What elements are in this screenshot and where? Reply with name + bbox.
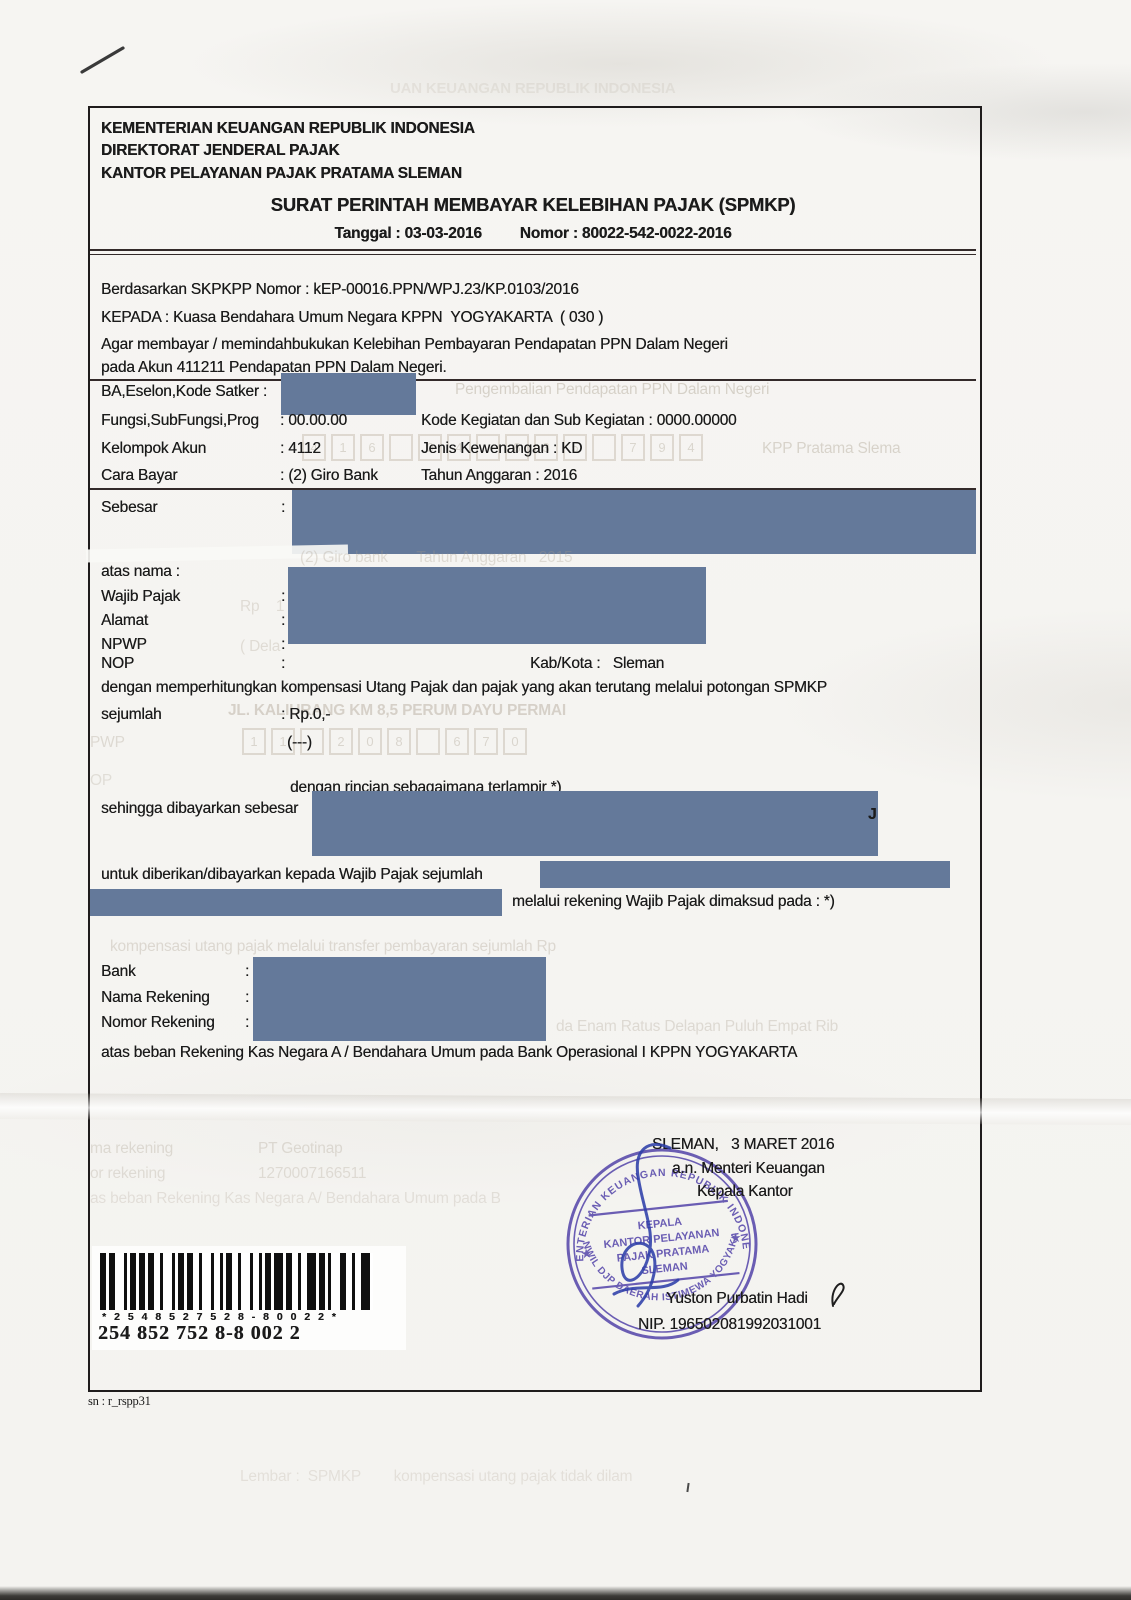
scan-edge-bottom <box>0 1586 1131 1600</box>
form-number: Nomor : 80022-542-0022-2016 <box>520 225 732 243</box>
ghost-nama-rek-val: PT Geotinap <box>258 1140 343 1158</box>
ghost-digit-cell <box>592 434 616 461</box>
sehingga-label: sehingga dibayarkan sebesar <box>101 800 298 818</box>
redaction-box-given-amount <box>540 861 950 888</box>
nama-rekening-label: Nama Rekening <box>101 989 210 1007</box>
ink-speck <box>686 1483 689 1492</box>
ghost-digit-cell <box>389 434 413 461</box>
redaction-box-bank <box>253 957 546 1041</box>
ghost-kompensasi: kompensasi utang pajak melalui transfer … <box>110 938 556 956</box>
redaction-box-paid-amount <box>312 791 878 856</box>
barcode-gap <box>115 1253 124 1310</box>
barcode-gap <box>331 1253 340 1310</box>
ghost-pwp: PWP <box>90 734 125 752</box>
scanned-document-page: UAN KEUANGAN REPUBLIK INDONESIA KEMENTER… <box>0 0 1131 1600</box>
codes-row3-label: Kelompok Akun <box>101 440 206 458</box>
sejumlah-value: : Rp.0,- <box>281 706 330 724</box>
ghost-lembar: Lembar : SPMKP kompensasi utang pajak ti… <box>240 1468 632 1486</box>
ghost-giro-2015: (2) Giro bank Tahun Anggaran 2015 <box>300 549 572 567</box>
alamat-label: Alamat <box>101 612 148 630</box>
barcode <box>100 1253 373 1310</box>
ghost-digit-cells-row2: 11208670 <box>242 728 527 755</box>
codes-row2-label: Fungsi,SubFungsi,Prog <box>101 412 259 430</box>
sebesar-label: Sebesar <box>101 499 157 517</box>
redaction-box-satker <box>281 373 416 415</box>
ghost-delapan: ( Dela <box>240 638 280 656</box>
codes-row4-value: : (2) Giro Bank <box>280 467 378 485</box>
kab-kota-value: Kab/Kota : Sleman <box>530 655 664 673</box>
codes-row4-right: Tahun Anggaran : 2016 <box>421 467 577 485</box>
codes-row2-value: : 00.00.00 <box>280 412 347 430</box>
memperhitungkan-line: dengan memperhitungkan kompensasi Utang … <box>101 679 827 697</box>
barcode-gap <box>241 1253 250 1310</box>
ghost-digit-cell: 6 <box>360 434 384 461</box>
ghost-kpp: KPP Pratama Slema <box>762 440 900 458</box>
ghost-nama-rek: ma rekening <box>90 1140 173 1158</box>
codes-row2-right: Kode Kegiatan dan Sub Kegiatan : 0000.00… <box>421 412 736 430</box>
ghost-digit-cell: 9 <box>650 434 674 461</box>
ghost-kaliurang: JL. KALIURANG KM 8,5 PERUM DAYU PERMAI <box>228 702 566 720</box>
barcode-gap <box>163 1253 172 1310</box>
ghost-digit-cell: 8 <box>387 728 411 755</box>
ghost-nomor-rek-val: 1270007166511 <box>258 1165 366 1183</box>
stray-character: J <box>868 806 876 824</box>
ghost-digit-cell: 4 <box>679 434 703 461</box>
agency-line-2: DIREKTORAT JENDERAL PAJAK <box>101 142 339 160</box>
ghost-digit-cell: 7 <box>474 728 498 755</box>
redaction-box-amount <box>292 490 976 554</box>
melalui-line: melalui rekening Wajib Pajak dimaksud pa… <box>512 893 835 911</box>
basis-line-1: Berdasarkan SKPKPP Nomor : kEP-00016.PPN… <box>101 281 579 299</box>
ghost-rp: Rp 1 <box>240 598 284 616</box>
divider-double-top <box>90 249 976 251</box>
form-date: Tanggal : 03-03-2016 <box>334 225 481 243</box>
ghost-beban-echo: as beban Rekening Kas Negara A/ Bendahar… <box>90 1190 501 1208</box>
barcode-bar <box>307 1253 316 1310</box>
basis-line-3: Agar membayar / memindahbukukan Kelebiha… <box>101 336 728 354</box>
barcode-bar <box>274 1253 283 1310</box>
role-line: Kepala Kantor <box>697 1183 793 1201</box>
codes-row1-label: BA,Eselon,Kode Satker : <box>101 383 267 401</box>
ghost-digit-cell: 0 <box>358 728 382 755</box>
sejumlah-label: sejumlah <box>101 706 161 724</box>
alamat-colon: : <box>281 612 285 630</box>
signer-nip: NIP. 196502081992031001 <box>638 1316 821 1334</box>
atas-nama-label: atas nama : <box>101 563 180 581</box>
ghost-digit-cell: 1 <box>242 728 266 755</box>
date-number-row: Tanggal : 03-03-2016 Nomor : 80022-542-0… <box>88 225 978 243</box>
beban-line: atas beban Rekening Kas Negara A / Benda… <box>101 1044 797 1062</box>
nama-rekening-colon: : <box>245 989 249 1007</box>
ghost-op: OP <box>90 772 112 790</box>
footer-serial: sn : r_rspp31 <box>88 1394 151 1409</box>
form-title: SURAT PERINTAH MEMBAYAR KELEBIHAN PAJAK … <box>88 194 978 216</box>
untuk-label: untuk diberikan/dibayarkan kepada Wajib … <box>101 866 483 884</box>
ghost-digit-cell: 2 <box>329 728 353 755</box>
sebesar-colon: : <box>281 499 285 517</box>
nomor-rekening-label: Nomor Rekening <box>101 1014 215 1032</box>
agency-line-1: KEMENTERIAN KEUANGAN REPUBLIK INDONESIA <box>101 120 475 138</box>
nop-label: NOP <box>101 655 134 673</box>
barcode-gap <box>202 1253 211 1310</box>
redaction-box-given-amount-2 <box>90 889 502 916</box>
ghost-nomor-rek: or rekening <box>90 1165 165 1183</box>
npwp-label: NPWP <box>101 636 147 654</box>
agency-line-3: KANTOR PELAYANAN PAJAK PRATAMA SLEMAN <box>101 165 462 183</box>
codes-row3-right: Jenis Kewenangan : KD <box>421 440 582 458</box>
bank-label: Bank <box>101 963 136 981</box>
codes-row3-value: : 4112 <box>280 440 321 458</box>
ghost-enam: da Enam Ratus Delapan Puluh Empat Rib <box>556 1018 838 1036</box>
pen-mark <box>75 40 135 80</box>
dashes-line: (---) <box>287 734 312 752</box>
wajib-pajak-label: Wajib Pajak <box>101 588 180 606</box>
ghost-digit-cell: 7 <box>621 434 645 461</box>
ghost-digit-cell: 1 <box>331 434 355 461</box>
barcode-number: 254 852 752 8-8 002 2 <box>98 1322 301 1345</box>
npwp-colon: : <box>281 636 285 654</box>
wajib-pajak-colon: : <box>281 588 285 606</box>
basis-line-2: KEPADA : Kuasa Bendahara Umum Negara KPP… <box>101 309 603 327</box>
stamp-star-right-icon: ★ <box>729 1230 742 1246</box>
ghost-header-echo: UAN KEUANGAN REPUBLIK INDONESIA <box>390 80 675 97</box>
redaction-box-taxpayer <box>288 567 706 644</box>
ghost-digit-cell: 0 <box>503 728 527 755</box>
signature <box>578 1136 708 1316</box>
ghost-digit-cell: 6 <box>445 728 469 755</box>
bank-colon: : <box>245 963 249 981</box>
codes-row4-label: Cara Bayar <box>101 467 177 485</box>
signer-name: Yuston Purbatin Hadi <box>666 1290 808 1308</box>
nop-colon: : <box>281 655 285 673</box>
ghost-pengembalian: Pengembalian Pendapatan PPN Dalam Negeri <box>455 381 769 399</box>
barcode-gap <box>370 1253 373 1310</box>
signature-flourish <box>828 1278 848 1308</box>
divider-double-bottom <box>90 254 976 255</box>
barcode-bar <box>361 1253 370 1310</box>
nomor-rekening-colon: : <box>245 1014 249 1032</box>
ghost-digit-cell <box>416 728 440 755</box>
